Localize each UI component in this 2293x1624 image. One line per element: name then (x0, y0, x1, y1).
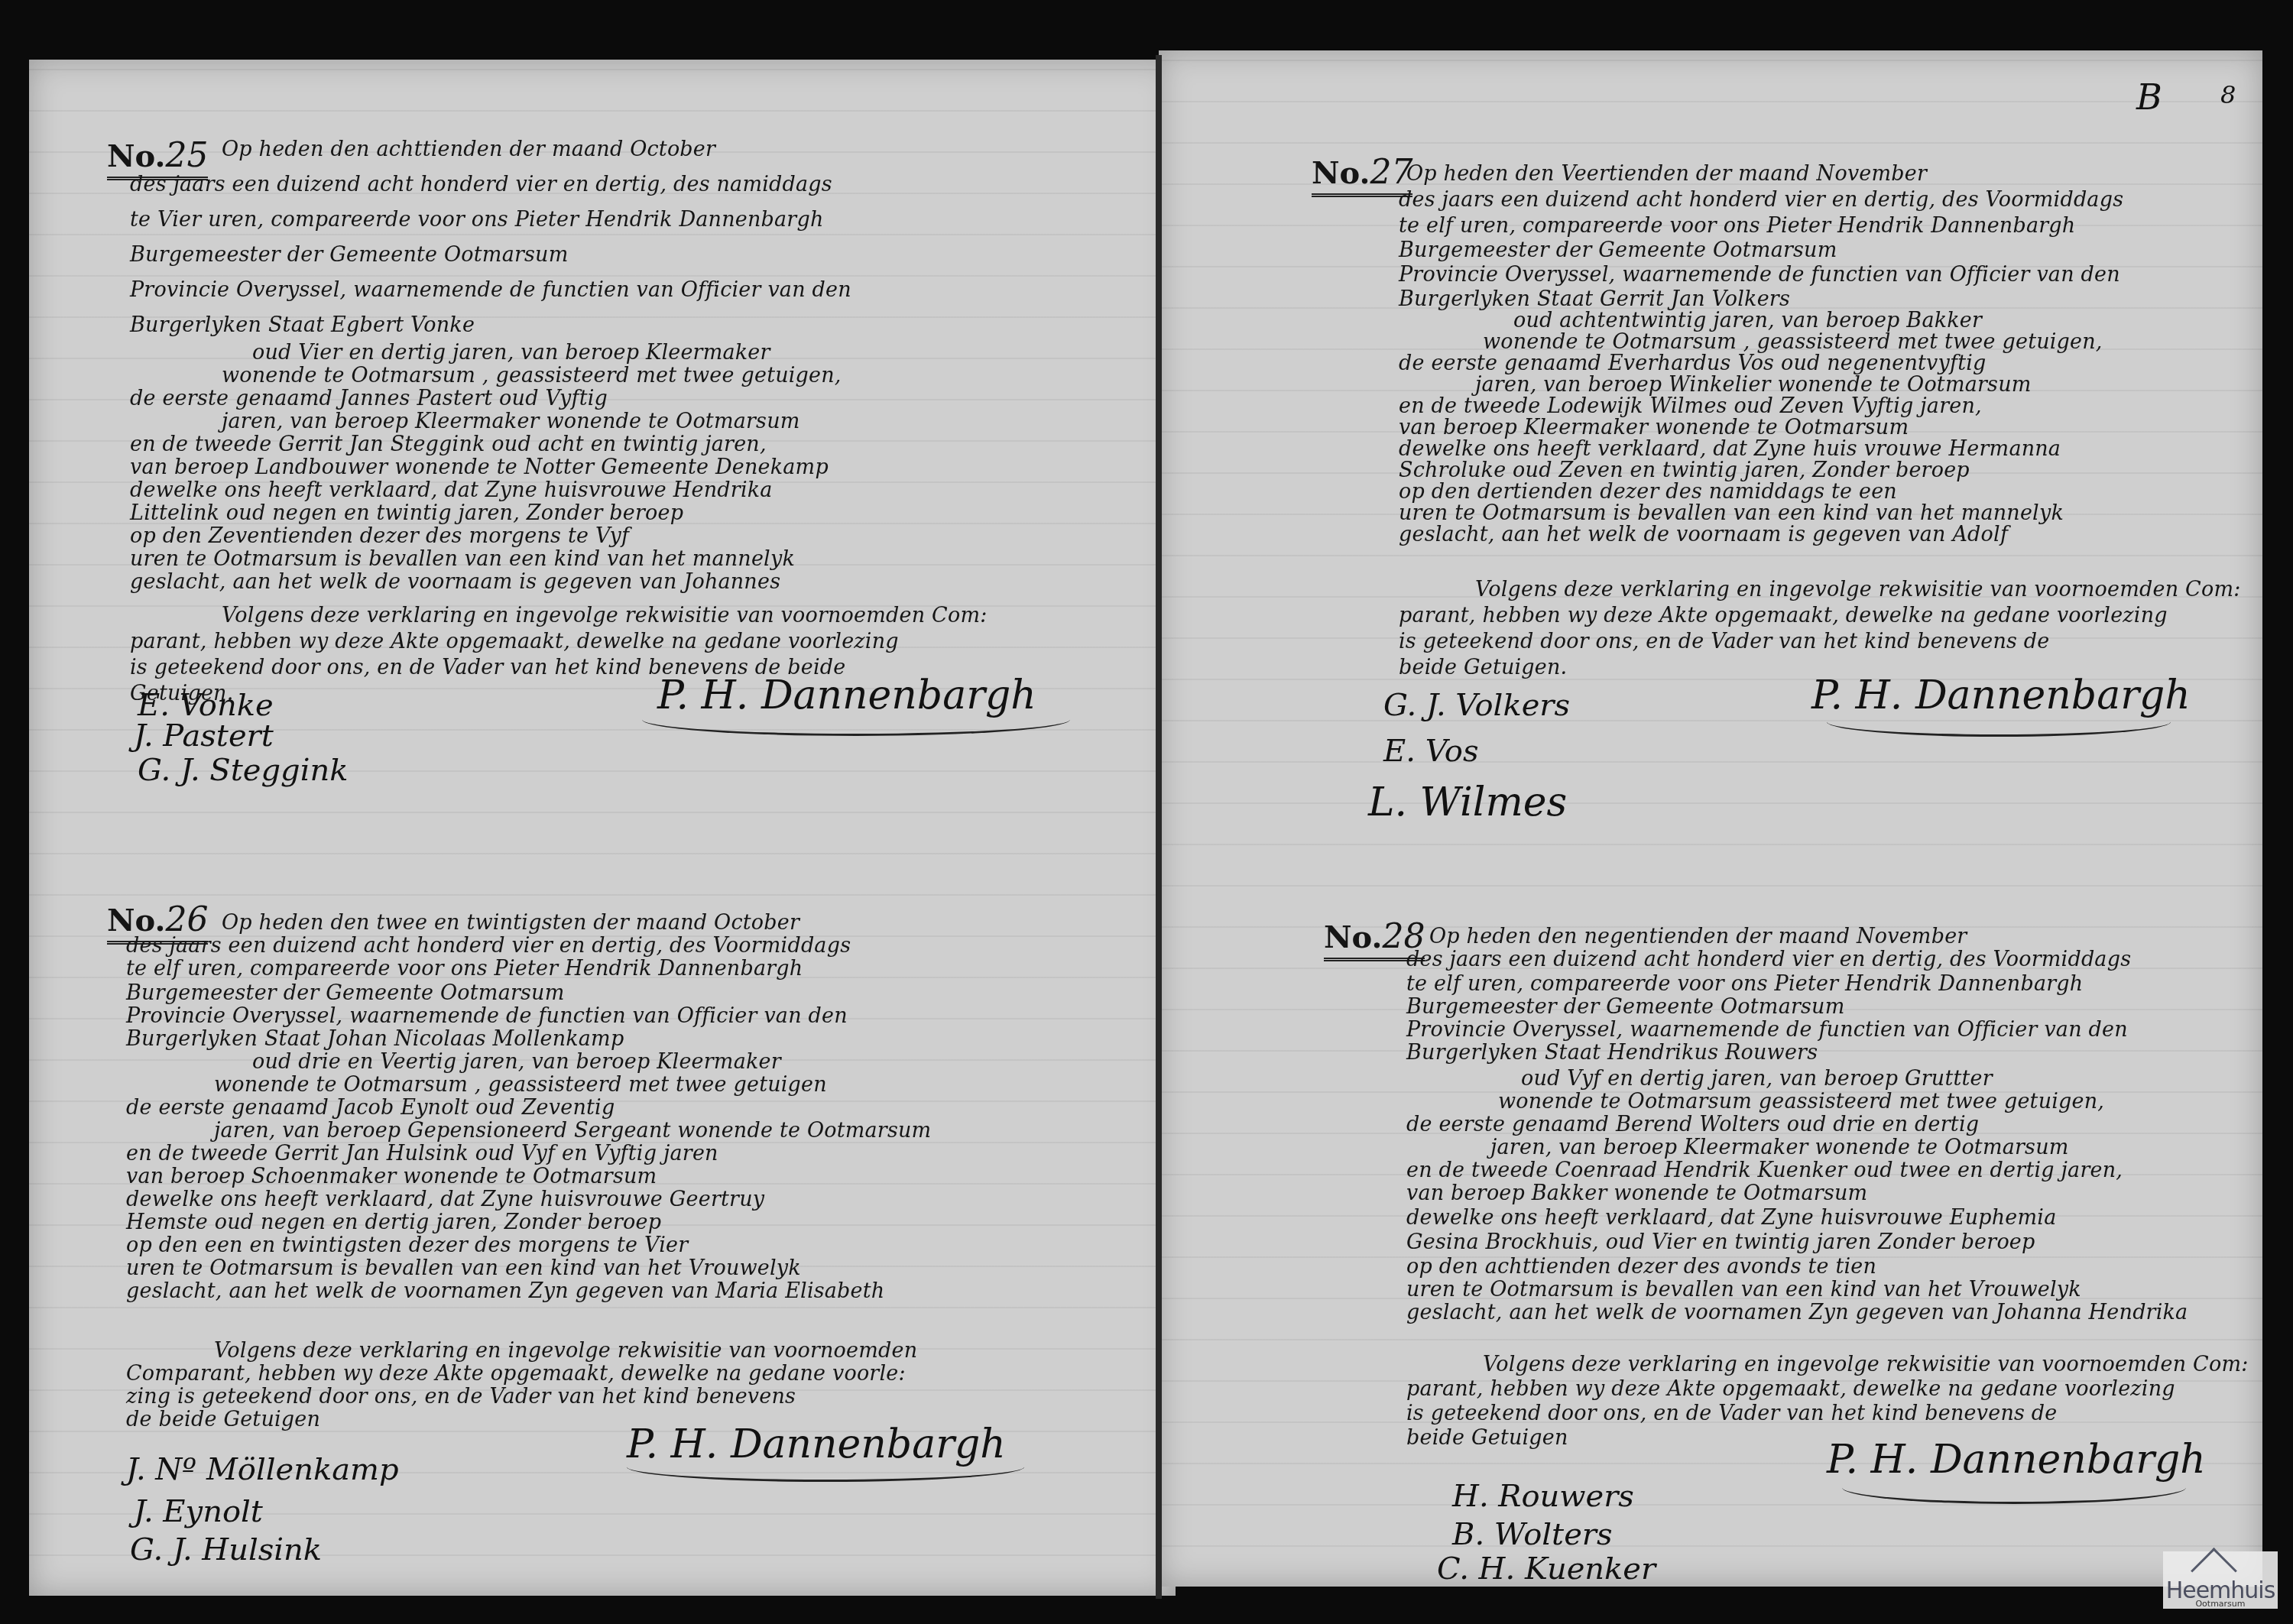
text-line: wonende te Ootmarsum , geassisteerd met … (1483, 330, 2103, 354)
signature-flourish (1827, 707, 2171, 737)
record-number: No.27 (1312, 153, 1412, 197)
witness-signature: G. J. Volkers (1383, 688, 1570, 723)
page-number: 8 (2220, 80, 2236, 109)
text-line: de beide Getuigen (126, 1408, 320, 1431)
witness-signature: H. Rouwers (1452, 1479, 1634, 1514)
text-line: de eerste genaamd Berend Wolters oud dri… (1406, 1113, 1979, 1136)
text-line: des jaars een duizend acht honderd vier … (126, 934, 851, 958)
text-line: op den achttienden dezer des avonds te t… (1406, 1255, 1876, 1279)
text-line: Burgerlyken Staat Egbert Vonke (130, 313, 475, 337)
text-line: Burgemeester der Gemeente Ootmarsum (1406, 995, 1845, 1019)
text-line: Schroluke oud Zeven en twintig jaren, Zo… (1399, 459, 1970, 482)
text-line: wonende te Ootmarsum , geassisteerd met … (214, 1073, 827, 1097)
witness-signature: J. Nº Möllenkamp (126, 1452, 399, 1487)
number-value: 25 (165, 136, 208, 175)
signature-flourish (642, 703, 1070, 736)
text-line: en de tweede Coenraad Hendrik Kuenker ou… (1406, 1159, 2123, 1182)
text-line: de eerste genaamd Everhardus Vos oud neg… (1399, 352, 1987, 375)
text-line: jaren, van beroep Winkelier wonende te O… (1475, 373, 2032, 397)
text-line: beide Getuigen (1406, 1426, 1568, 1450)
text-line: is geteekend door ons, en de Vader van h… (1399, 630, 2049, 653)
text-line: wonende te Ootmarsum geassisteerd met tw… (1498, 1090, 2104, 1113)
text-line: dewelke ons heeft verklaard, dat Zyne hu… (1406, 1206, 2056, 1230)
text-line: Provincie Overyssel, waarnemende de func… (1399, 263, 2120, 287)
text-line: Provincie Overyssel, waarnemende de func… (130, 278, 851, 302)
text-line: en de tweede Gerrit Jan Hulsink oud Vyf … (126, 1142, 718, 1165)
witness-signature: G. J. Steggink (138, 753, 348, 788)
text-line: des jaars een duizend acht honderd vier … (130, 173, 832, 196)
text-line: van beroep Schoenmaker wonende te Ootmar… (126, 1165, 657, 1188)
text-line: Op heden den achttienden der maand Octob… (222, 138, 715, 161)
text-line: Burgemeester der Gemeente Ootmarsum (126, 981, 565, 1005)
number-label: No. (107, 903, 165, 938)
text-line: Provincie Overyssel, waarnemende de func… (1406, 1018, 2128, 1042)
text-line: oud Vyf en dertig jaren, van beroep Grut… (1521, 1067, 1993, 1091)
text-line: Burgerlyken Staat Hendrikus Rouwers (1406, 1041, 1818, 1065)
text-line: te elf uren, compareerde voor ons Pieter… (126, 957, 803, 981)
text-line: Burgemeester der Gemeente Ootmarsum (130, 243, 569, 267)
text-line: des jaars een duizend acht honderd vier … (1406, 948, 2131, 971)
page-marker: B (2136, 76, 2162, 118)
text-line: te elf uren, compareerde voor ons Pieter… (1399, 214, 2075, 238)
text-line: Op heden den Veertienden der maand Novem… (1406, 162, 1927, 186)
number-label: No. (1324, 919, 1382, 955)
text-line: de eerste genaamd Jannes Pastert oud Vyf… (130, 387, 608, 410)
heemhuis-logo: Heemhuis Ootmarsum (2163, 1551, 2278, 1609)
text-line: Volgens deze verklaring en ingevolge rek… (214, 1339, 917, 1363)
text-line: en de tweede Gerrit Jan Steggink oud ach… (130, 433, 767, 456)
text-line: op den dertienden dezer des namiddags te… (1399, 480, 1897, 504)
text-line: oud achtentwintig jaren, van beroep Bakk… (1513, 309, 1982, 332)
text-line: Volgens deze verklaring en ingevolge rek… (1483, 1353, 2249, 1376)
text-line: geslacht, aan het welk de voornamen Zyn … (1406, 1301, 2188, 1324)
text-line: van beroep Bakker wonende te Ootmarsum (1406, 1182, 1867, 1205)
text-line: geslacht, aan het welk de voornaam is ge… (1399, 523, 2008, 546)
text-line: dewelke ons heeft verklaard, dat Zyne hu… (1399, 437, 2061, 461)
text-line: geslacht, aan het welk de voornaam is ge… (130, 570, 780, 594)
text-line: Volgens deze verklaring en ingevolge rek… (222, 604, 988, 627)
text-line: jaren, van beroep Kleermaker wonende te … (1490, 1136, 2069, 1159)
text-line: Op heden den twee en twintigsten der maa… (222, 911, 799, 935)
text-line: is geteekend door ons, en de Vader van h… (1406, 1402, 2057, 1425)
number-label: No. (107, 138, 165, 174)
text-line: de eerste genaamd Jacob Eynolt oud Zeven… (126, 1096, 615, 1120)
witness-signature: L. Wilmes (1368, 780, 1567, 825)
text-line: des jaars een duizend acht honderd vier … (1399, 188, 2123, 212)
text-line: op den Zeventienden dezer des morgens te… (130, 524, 629, 548)
text-line: Gesina Brockhuis, oud Vier en twintig ja… (1406, 1230, 2035, 1254)
text-line: te Vier uren, compareerde voor ons Piete… (130, 208, 824, 232)
signature-flourish (627, 1452, 1024, 1482)
text-line: Op heden den negentienden der maand Nove… (1429, 925, 1967, 948)
text-line: en de tweede Lodewijk Wilmes oud Zeven V… (1399, 394, 1982, 418)
text-line: uren te Ootmarsum is bevallen van een ki… (130, 547, 795, 571)
text-line: dewelke ons heeft verklaard, dat Zyne hu… (126, 1188, 764, 1211)
witness-signature: C. H. Kuenker (1437, 1551, 1656, 1587)
text-line: op den een en twintigsten dezer des morg… (126, 1233, 688, 1257)
witness-signature: J. Pastert (134, 718, 274, 754)
text-line: Provincie Overyssel, waarnemende de func… (126, 1004, 848, 1028)
witness-signature: G. J. Hulsink (130, 1532, 322, 1567)
witness-signature: E. Vos (1383, 734, 1478, 769)
text-line: beide Getuigen. (1399, 656, 1567, 679)
text-line: Burgerlyken Staat Johan Nicolaas Mollenk… (126, 1027, 624, 1051)
text-line: Hemste oud negen en dertig jaren, Zonder… (126, 1211, 661, 1234)
text-line: uren te Ootmarsum is bevallen van een ki… (126, 1256, 801, 1280)
text-line: oud Vier en dertig jaren, van beroep Kle… (252, 341, 770, 365)
text-line: geslacht, aan het welk de voornamen Zyn … (126, 1279, 884, 1303)
text-line: jaren, van beroep Kleermaker wonende te … (222, 410, 800, 433)
witness-signature: J. Eynolt (134, 1494, 263, 1529)
book-gutter (1156, 55, 1162, 1599)
logo-place: Ootmarsum (2163, 1599, 2278, 1609)
text-line: van beroep Kleermaker wonende te Ootmars… (1399, 416, 1909, 439)
text-line: Burgerlyken Staat Gerrit Jan Volkers (1399, 287, 1790, 311)
text-line: dewelke ons heeft verklaard, dat Zyne hu… (130, 478, 773, 502)
text-line: Volgens deze verklaring en ingevolge rek… (1475, 578, 2241, 601)
text-line: Littelink oud negen en twintig jaren, Zo… (130, 501, 683, 525)
text-line: zing is geteekend door ons, en de Vader … (126, 1385, 796, 1408)
text-line: parant, hebben wy deze Akte opgemaakt, d… (1399, 604, 2168, 627)
text-line: uren te Ootmarsum is bevallen van een ki… (1406, 1278, 2081, 1301)
text-line: te elf uren, compareerde voor ons Pieter… (1406, 972, 2083, 996)
signature-flourish (1842, 1471, 2186, 1504)
number-label: No. (1312, 155, 1370, 191)
witness-signature: B. Wolters (1452, 1517, 1613, 1552)
text-line: Burgemeester der Gemeente Ootmarsum (1399, 238, 1837, 262)
text-line: parant, hebben wy deze Akte opgemaakt, d… (130, 630, 899, 653)
text-line: van beroep Landbouwer wonende te Notter … (130, 455, 829, 479)
text-line: Comparant, hebben wy deze Akte opgemaakt… (126, 1362, 906, 1386)
text-line: oud drie en Veertig jaren, van beroep Kl… (252, 1050, 781, 1074)
text-line: wonende te Ootmarsum , geassisteerd met … (222, 364, 842, 387)
text-line: jaren, van beroep Gepensioneerd Sergeant… (214, 1119, 931, 1143)
text-line: parant, hebben wy deze Akte opgemaakt, d… (1406, 1377, 2175, 1401)
text-line: uren te Ootmarsum is bevallen van een ki… (1399, 501, 2064, 525)
